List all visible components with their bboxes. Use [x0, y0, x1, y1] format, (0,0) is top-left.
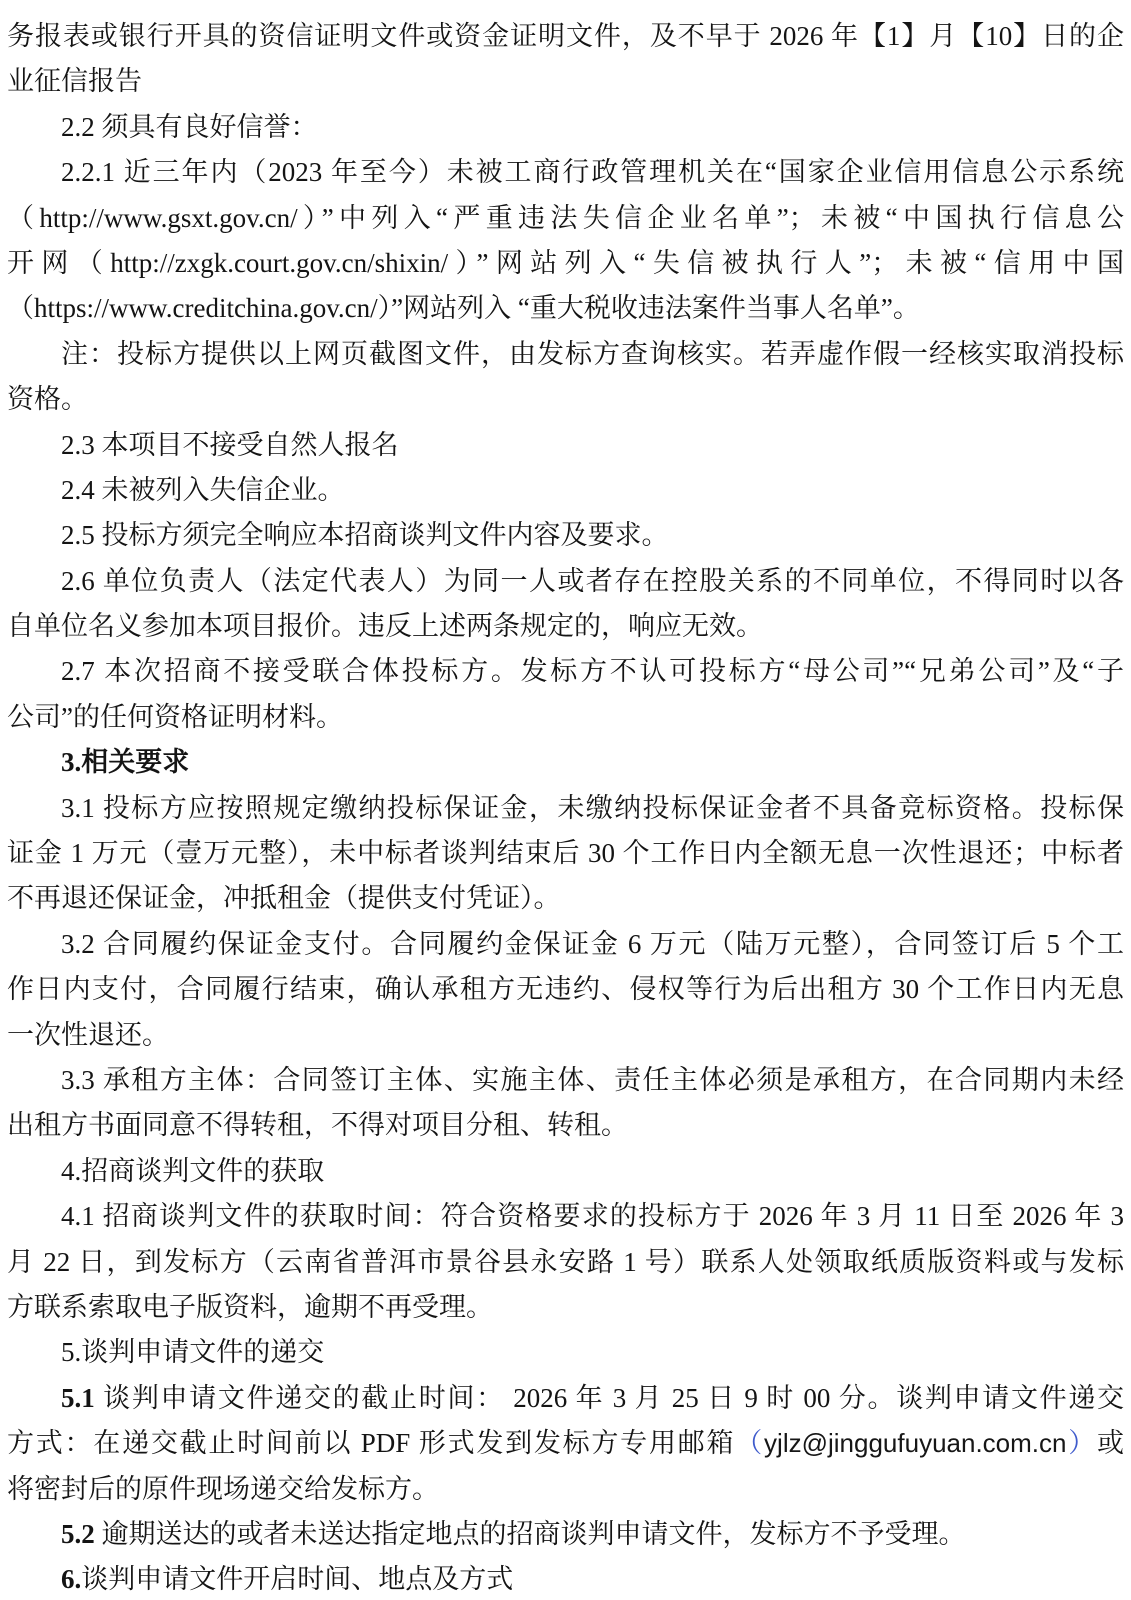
document-body: 务报表或银行开具的资信证明文件或资金证明文件，及不早于 2026 年【1】月【1… — [7, 14, 1124, 1600]
text-run: 资格。 — [7, 384, 88, 414]
text-line: 2.4 未被列入失信企业。 — [7, 468, 1124, 513]
text-run: （https://www.creditchina.gov.cn/）”网站列入 “… — [7, 293, 920, 323]
text-line: 2.5 投标方须完全响应本招商谈判文件内容及要求。 — [7, 513, 1124, 558]
text-run: 开网（http://zxgk.court.gov.cn/shixin/）”网站列… — [7, 248, 1124, 278]
text-line: 2.2.1 近三年内（2023 年至今）未被工商行政管理机关在“国家企业信用信息… — [7, 150, 1124, 195]
text-line: 3.2 合同履约保证金支付。合同履约金保证金 6 万元（陆万元整），合同签订后 … — [7, 922, 1124, 967]
text-run: 2.5 投标方须完全响应本招商谈判文件内容及要求。 — [61, 520, 669, 550]
text-line: 出租方书面同意不得转租，不得对项目分租、转租。 — [7, 1103, 1124, 1148]
text-line: 5.谈判申请文件的递交 — [7, 1330, 1124, 1375]
text-run: 注：投标方提供以上网页截图文件，由发标方查询核实。若弄虚作假一经核实取消投标 — [61, 339, 1124, 369]
text-run: 2.2.1 近三年内（2023 年至今）未被工商行政管理机关在“国家企业信用信息… — [61, 157, 1124, 187]
text-run: 谈判申请文件递交的截止时间： 2026 年 3 月 25 日 9 时 00 分。… — [95, 1383, 1124, 1413]
text-line: （https://www.creditchina.gov.cn/）”网站列入 “… — [7, 286, 1124, 331]
text-line: 方式：在递交截止时间前以 PDF 形式发到发标方专用邮箱（yjlz@jinggu… — [7, 1421, 1124, 1466]
text-line: 月 22 日，到发标方（云南省普洱市景谷县永安路 1 号）联系人处领取纸质版资料… — [7, 1240, 1124, 1285]
text-line: 3.相关要求 — [7, 740, 1124, 785]
text-run: 4.招商谈判文件的获取 — [61, 1156, 324, 1186]
text-line: 资格。 — [7, 377, 1124, 422]
text-run: 3.1 投标方应按照规定缴纳投标保证金，未缴纳投标保证金者不具备竞标资格。投标保 — [61, 793, 1124, 823]
text-run: 务报表或银行开具的资信证明文件或资金证明文件，及不早于 2026 年【1】月【1… — [7, 21, 1124, 51]
text-run: 月 22 日，到发标方（云南省普洱市景谷县永安路 1 号）联系人处领取纸质版资料… — [7, 1247, 1124, 1277]
text-run: 5.2 — [61, 1519, 95, 1549]
text-run: 公司”的任何资格证明材料。 — [7, 702, 343, 732]
text-line: 2.2 须具有良好信誉： — [7, 105, 1124, 150]
text-run: 方式：在递交截止时间前以 PDF 形式发到发标方专用邮箱 — [7, 1428, 735, 1458]
text-run: 方联系索取电子版资料，逾期不再受理。 — [7, 1292, 493, 1322]
text-line: 2.6 单位负责人（法定代表人）为同一人或者存在控股关系的不同单位，不得同时以各 — [7, 559, 1124, 604]
text-run: 5.1 — [61, 1383, 95, 1413]
text-line: 注：投标方提供以上网页截图文件，由发标方查询核实。若弄虚作假一经核实取消投标 — [7, 332, 1124, 377]
text-line: 不再退还保证金，冲抵租金（提供支付凭证）。 — [7, 876, 1124, 921]
email-paren: ） — [1066, 1428, 1097, 1458]
text-run: 业征信报告 — [7, 66, 142, 96]
text-run: 或 — [1097, 1428, 1124, 1458]
text-run: 3.相关要求 — [61, 747, 189, 777]
text-run: 4.1 招商谈判文件的获取时间：符合资格要求的投标方于 2026 年 3 月 1… — [61, 1201, 1124, 1231]
email-paren: （ — [735, 1428, 764, 1458]
text-line: 5.2 逾期送达的或者未送达指定地点的招商谈判申请文件，发标方不予受理。 — [7, 1512, 1124, 1557]
text-run: 逾期送达的或者未送达指定地点的招商谈判申请文件，发标方不予受理。 — [95, 1519, 966, 1549]
text-run: 将密封后的原件现场递交给发标方。 — [7, 1474, 439, 1504]
text-run: 6. — [61, 1564, 81, 1594]
text-line: 将密封后的原件现场递交给发标方。 — [7, 1467, 1124, 1512]
text-run: 2.4 未被列入失信企业。 — [61, 475, 345, 505]
document-page: 务报表或银行开具的资信证明文件或资金证明文件，及不早于 2026 年【1】月【1… — [0, 0, 1131, 1600]
text-line: 开网（http://zxgk.court.gov.cn/shixin/）”网站列… — [7, 241, 1124, 286]
text-line: 自单位名义参加本项目报价。违反上述两条规定的，响应无效。 — [7, 604, 1124, 649]
email-address[interactable]: yjlz@jinggufuyuan.com.cn — [764, 1428, 1066, 1458]
text-line: 4.1 招商谈判文件的获取时间：符合资格要求的投标方于 2026 年 3 月 1… — [7, 1194, 1124, 1239]
text-line: 方联系索取电子版资料，逾期不再受理。 — [7, 1285, 1124, 1330]
text-run: 作日内支付，合同履行结束，确认承租方无违约、侵权等行为后出租方 30 个工作日内… — [7, 974, 1124, 1004]
text-line: 证金 1 万元（壹万元整），未中标者谈判结束后 30 个工作日内全额无息一次性退… — [7, 831, 1124, 876]
text-line: （http://www.gsxt.gov.cn/）”中列入“严重违法失信企业名单… — [7, 196, 1124, 241]
text-line: 5.1 谈判申请文件递交的截止时间： 2026 年 3 月 25 日 9 时 0… — [7, 1376, 1124, 1421]
text-run: 自单位名义参加本项目报价。违反上述两条规定的，响应无效。 — [7, 611, 763, 641]
text-line: 公司”的任何资格证明材料。 — [7, 695, 1124, 740]
text-line: 一次性退还。 — [7, 1013, 1124, 1058]
text-run: 2.7 本次招商不接受联合体投标方。发标方不认可投标方“母公司”“兄弟公司”及“… — [61, 656, 1124, 686]
text-run: 3.2 合同履约保证金支付。合同履约金保证金 6 万元（陆万元整），合同签订后 … — [61, 929, 1124, 959]
text-line: 6.谈判申请文件开启时间、地点及方式 — [7, 1557, 1124, 1600]
text-line: 4.招商谈判文件的获取 — [7, 1149, 1124, 1194]
text-run: 5.谈判申请文件的递交 — [61, 1337, 324, 1367]
text-run: 证金 1 万元（壹万元整），未中标者谈判结束后 30 个工作日内全额无息一次性退… — [7, 838, 1124, 868]
text-line: 3.1 投标方应按照规定缴纳投标保证金，未缴纳投标保证金者不具备竞标资格。投标保 — [7, 786, 1124, 831]
text-run: 出租方书面同意不得转租，不得对项目分租、转租。 — [7, 1110, 628, 1140]
text-run: 3.3 承租方主体：合同签订主体、实施主体、责任主体必须是承租方，在合同期内未经 — [61, 1065, 1124, 1095]
text-run: （http://www.gsxt.gov.cn/）”中列入“严重违法失信企业名单… — [7, 203, 1124, 233]
text-run: 不再退还保证金，冲抵租金（提供支付凭证）。 — [7, 883, 561, 913]
text-run: 2.2 须具有良好信誉： — [61, 112, 318, 142]
text-line: 3.3 承租方主体：合同签订主体、实施主体、责任主体必须是承租方，在合同期内未经 — [7, 1058, 1124, 1103]
text-run: 谈判申请文件开启时间、地点及方式 — [81, 1564, 513, 1594]
text-line: 务报表或银行开具的资信证明文件或资金证明文件，及不早于 2026 年【1】月【1… — [7, 14, 1124, 59]
text-run: 2.6 单位负责人（法定代表人）为同一人或者存在控股关系的不同单位，不得同时以各 — [61, 566, 1124, 596]
text-line: 2.7 本次招商不接受联合体投标方。发标方不认可投标方“母公司”“兄弟公司”及“… — [7, 649, 1124, 694]
text-line: 2.3 本项目不接受自然人报名 — [7, 423, 1124, 468]
text-line: 业征信报告 — [7, 59, 1124, 104]
text-run: 2.3 本项目不接受自然人报名 — [61, 430, 399, 460]
text-run: 一次性退还。 — [7, 1020, 169, 1050]
text-line: 作日内支付，合同履行结束，确认承租方无违约、侵权等行为后出租方 30 个工作日内… — [7, 967, 1124, 1012]
